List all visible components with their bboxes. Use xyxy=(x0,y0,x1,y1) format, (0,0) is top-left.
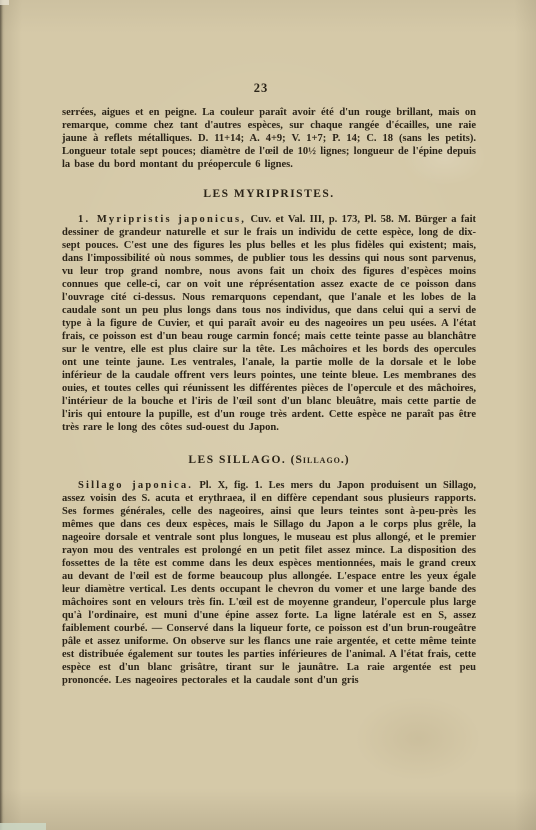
species-name-myripristis: 1. Myripristis japonicus, xyxy=(78,214,246,225)
section-heading-sillago: LES SILLAGO. (Sillago.) xyxy=(62,454,476,466)
section-heading-sillago-main: LES SILLAGO. xyxy=(188,454,286,466)
paragraph-continuation: serrées, aigues et en peigne. La couleur… xyxy=(62,106,476,171)
page-gutter-shadow xyxy=(0,0,3,830)
section-heading-myripristes: LES MYRIPRISTES. xyxy=(62,188,476,200)
section-heading-sillago-sub: (Sillago.) xyxy=(291,454,350,466)
paragraph-sillago: Sillago japonica. Pl. X, fig. 1. Les mer… xyxy=(62,479,476,687)
species-name-sillago: Sillago japonica. xyxy=(78,480,193,491)
scanned-book-page: 23 serrées, aigues et en peigne. La coul… xyxy=(0,0,536,830)
paragraph-myripristis: 1. Myripristis japonicus, Cuv. et Val. I… xyxy=(62,213,476,434)
scan-corner-artifact-bottom xyxy=(0,823,46,830)
scan-corner-artifact-top xyxy=(0,0,9,5)
paragraph-myripristis-text: Cuv. et Val. III, p. 173, Pl. 58. M. Bür… xyxy=(62,214,476,433)
paragraph-sillago-text: Pl. X, fig. 1. Les mers du Japon produis… xyxy=(62,480,476,686)
page-number: 23 xyxy=(0,81,522,96)
text-block: serrées, aigues et en peigne. La couleur… xyxy=(62,106,476,687)
